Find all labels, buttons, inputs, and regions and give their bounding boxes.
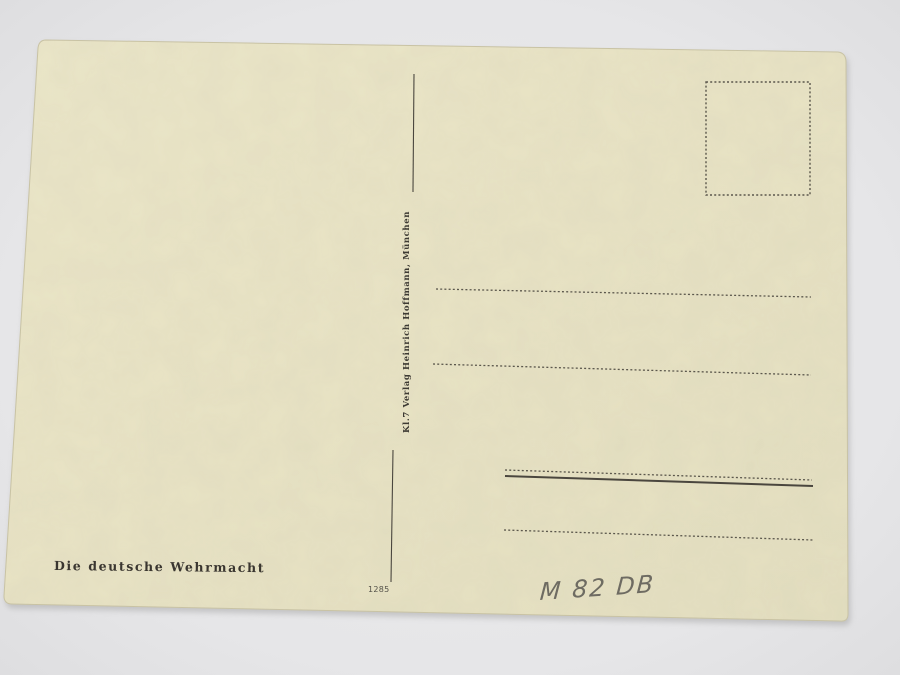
postcard: Die deutsche Wehrmacht Kl.7 Verlag Heinr… xyxy=(0,0,900,675)
photo-background: Die deutsche Wehrmacht Kl.7 Verlag Heinr… xyxy=(0,0,900,675)
publisher-imprint: Kl.7 Verlag Heinrich Hoffmann, München xyxy=(402,211,412,433)
postcard-caption: Die deutsche Wehrmacht xyxy=(54,558,265,575)
serial-number: 1285 xyxy=(368,585,390,594)
